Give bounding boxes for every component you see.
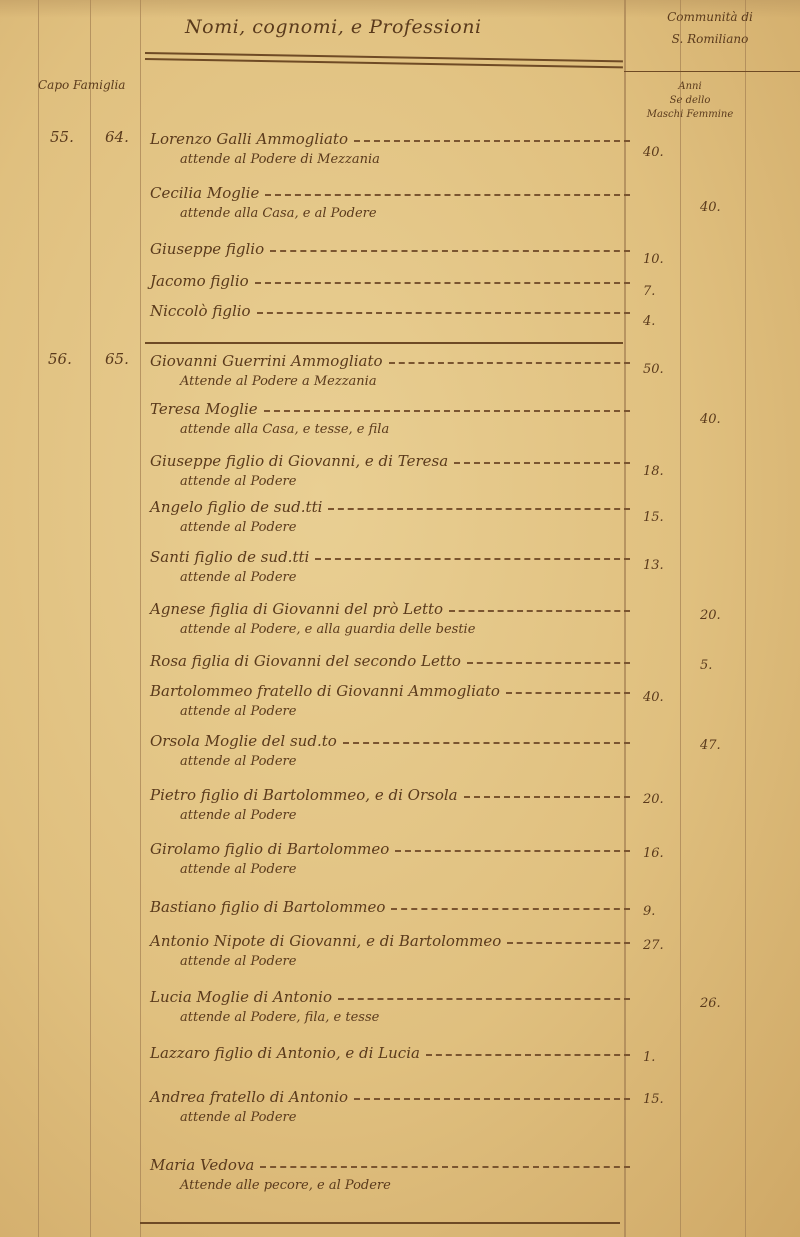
member-name: Angelo figlio de sud.tti — [150, 498, 328, 516]
member-name: Santi figlio de sud.tti — [150, 548, 315, 566]
family-member: Lucia Moglie di Antonio attende al Poder… — [150, 988, 630, 1025]
age-male: 16. — [643, 846, 664, 861]
family-member: Niccolò figlio — [150, 302, 630, 320]
member-name: Orsola Moglie del sud.to — [150, 732, 343, 750]
age-male: 18. — [643, 464, 664, 479]
member-name: Jacomo figlio — [150, 272, 255, 290]
age-male: 7. — [643, 284, 655, 299]
name-column-rule — [140, 0, 141, 1237]
family-member: Bastiano figlio di Bartolommeo — [150, 898, 630, 916]
family-number-b: 64. — [105, 128, 129, 146]
family-member: Pietro figlio di Bartolommeo, e di Orsol… — [150, 786, 630, 823]
age-female: 5. — [700, 658, 712, 673]
page-title: Nomi, cognomi, e Professioni — [185, 16, 482, 38]
family-member: Santi figlio de sud.tti attende al Poder… — [150, 548, 630, 585]
dotted-leader — [467, 662, 630, 664]
age-male: 13. — [643, 558, 664, 573]
member-occupation: attende al Podere — [150, 808, 630, 823]
ages-subheader: Anni Se dello Maschi Femmine — [630, 80, 750, 122]
dotted-leader — [328, 508, 630, 510]
member-name: Bartolommeo fratello di Giovanni Ammogli… — [150, 682, 506, 700]
dotted-leader — [265, 194, 630, 196]
age-female: 40. — [700, 200, 721, 215]
females-column-rule — [745, 0, 746, 1237]
family-member: Giovanni Guerrini Ammogliato Attende al … — [150, 352, 630, 389]
member-occupation: attende alla Casa, e tesse, e fila — [150, 422, 630, 437]
family-member: Jacomo figlio — [150, 272, 630, 290]
capo-famiglia-label: Capo Famiglia — [38, 78, 125, 92]
member-occupation: attende al Podere di Mezzania — [150, 152, 630, 167]
member-occupation: attende al Podere — [150, 520, 630, 535]
family-member: Andrea fratello di Antonio attende al Po… — [150, 1088, 630, 1125]
age-male: 40. — [643, 145, 664, 160]
community-line-1: Communità di — [620, 6, 800, 28]
member-occupation: Attende al Podere a Mezzania — [150, 374, 630, 389]
age-male: 4. — [643, 314, 655, 329]
dotted-leader — [454, 462, 630, 464]
family-separator — [145, 342, 623, 344]
dotted-leader — [395, 850, 630, 852]
dotted-leader — [354, 1098, 630, 1100]
dotted-leader — [257, 312, 630, 314]
age-female: 26. — [700, 996, 721, 1011]
family-member: Orsola Moglie del sud.to attende al Pode… — [150, 732, 630, 769]
age-male: 15. — [643, 510, 664, 525]
family-member: Giuseppe figlio di Giovanni, e di Teresa… — [150, 452, 630, 489]
member-name: Antonio Nipote di Giovanni, e di Bartolo… — [150, 932, 507, 950]
member-occupation: attende al Podere — [150, 570, 630, 585]
family-member: Cecilia Moglie attende alla Casa, e al P… — [150, 184, 630, 221]
family-member: Lorenzo Galli Ammogliato attende al Pode… — [150, 130, 630, 167]
dotted-leader — [449, 610, 630, 612]
family-member: Giuseppe figlio — [150, 240, 630, 258]
dotted-leader — [464, 796, 630, 798]
dotted-leader — [255, 282, 630, 284]
member-name: Agnese figlia di Giovanni del prò Letto — [150, 600, 449, 618]
males-column-rule — [680, 0, 681, 1237]
family-number-b: 65. — [105, 350, 129, 368]
member-occupation: Attende alle pecore, e al Podere — [150, 1178, 630, 1193]
age-female: 20. — [700, 608, 721, 623]
dotted-leader — [338, 998, 630, 1000]
member-occupation: attende alla Casa, e al Podere — [150, 206, 630, 221]
member-name: Cecilia Moglie — [150, 184, 265, 202]
page-bottom-rule — [140, 1222, 620, 1224]
column-rule — [90, 0, 91, 1237]
family-member: Agnese figlia di Giovanni del prò Letto … — [150, 600, 630, 637]
age-male: 50. — [643, 362, 664, 377]
member-occupation: attende al Podere — [150, 704, 630, 719]
header-rule-right — [624, 71, 800, 72]
member-name: Bastiano figlio di Bartolommeo — [150, 898, 391, 916]
family-member: Teresa Moglie attende alla Casa, e tesse… — [150, 400, 630, 437]
family-member: Girolamo figlio di Bartolommeo attende a… — [150, 840, 630, 877]
member-name: Pietro figlio di Bartolommeo, e di Orsol… — [150, 786, 464, 804]
member-name: Lucia Moglie di Antonio — [150, 988, 338, 1006]
dotted-leader — [354, 140, 630, 142]
family-member: Antonio Nipote di Giovanni, e di Bartolo… — [150, 932, 630, 969]
margin-rule — [38, 0, 39, 1237]
member-occupation: attende al Podere, fila, e tesse — [150, 1010, 630, 1025]
age-male: 15. — [643, 1092, 664, 1107]
member-occupation: attende al Podere — [150, 474, 630, 489]
family-member: Lazzaro figlio di Antonio, e di Lucia — [150, 1044, 630, 1062]
dotted-leader — [426, 1054, 630, 1056]
age-male: 9. — [643, 904, 655, 919]
dotted-leader — [391, 908, 630, 910]
community-line-2: S. Romiliano — [620, 28, 800, 50]
family-member: Rosa figlia di Giovanni del secondo Lett… — [150, 652, 630, 670]
member-occupation: attende al Podere, e alla guardia delle … — [150, 622, 630, 637]
member-name: Giovanni Guerrini Ammogliato — [150, 352, 389, 370]
family-member: Angelo figlio de sud.tti attende al Pode… — [150, 498, 630, 535]
age-male: 1. — [643, 1050, 655, 1065]
dotted-leader — [315, 558, 630, 560]
age-male: 40. — [643, 690, 664, 705]
age-female: 47. — [700, 738, 721, 753]
member-name: Giuseppe figlio — [150, 240, 270, 258]
member-occupation: attende al Podere — [150, 954, 630, 969]
family-member: Maria Vedova Attende alle pecore, e al P… — [150, 1156, 630, 1193]
dotted-leader — [506, 692, 630, 694]
member-name: Lazzaro figlio di Antonio, e di Lucia — [150, 1044, 426, 1062]
manuscript-page: Nomi, cognomi, e Professioni Communità d… — [0, 0, 800, 1237]
member-occupation: attende al Podere — [150, 862, 630, 877]
family-number-a: 55. — [50, 128, 74, 146]
dotted-leader — [507, 942, 630, 944]
member-occupation: attende al Podere — [150, 754, 630, 769]
family-number-a: 56. — [48, 350, 72, 368]
age-male: 10. — [643, 252, 664, 267]
age-male: 20. — [643, 792, 664, 807]
member-name: Girolamo figlio di Bartolommeo — [150, 840, 395, 858]
ages-subheader-line-3: Maschi Femmine — [630, 108, 750, 122]
dotted-leader — [270, 250, 630, 252]
community-header: Communità di S. Romiliano — [620, 6, 800, 50]
member-name: Teresa Moglie — [150, 400, 264, 418]
dotted-leader — [389, 362, 630, 364]
dotted-leader — [260, 1166, 630, 1168]
member-name: Lorenzo Galli Ammogliato — [150, 130, 354, 148]
family-member: Bartolommeo fratello di Giovanni Ammogli… — [150, 682, 630, 719]
ages-subheader-line-2: Se dello — [630, 94, 750, 108]
member-name: Rosa figlia di Giovanni del secondo Lett… — [150, 652, 467, 670]
member-name: Maria Vedova — [150, 1156, 260, 1174]
member-name: Andrea fratello di Antonio — [150, 1088, 354, 1106]
member-occupation: attende al Podere — [150, 1110, 630, 1125]
member-name: Giuseppe figlio di Giovanni, e di Teresa — [150, 452, 454, 470]
member-name: Niccolò figlio — [150, 302, 257, 320]
dotted-leader — [343, 742, 630, 744]
age-female: 40. — [700, 412, 721, 427]
ages-subheader-line-1: Anni — [630, 80, 750, 94]
age-male: 27. — [643, 938, 664, 953]
dotted-leader — [264, 410, 630, 412]
